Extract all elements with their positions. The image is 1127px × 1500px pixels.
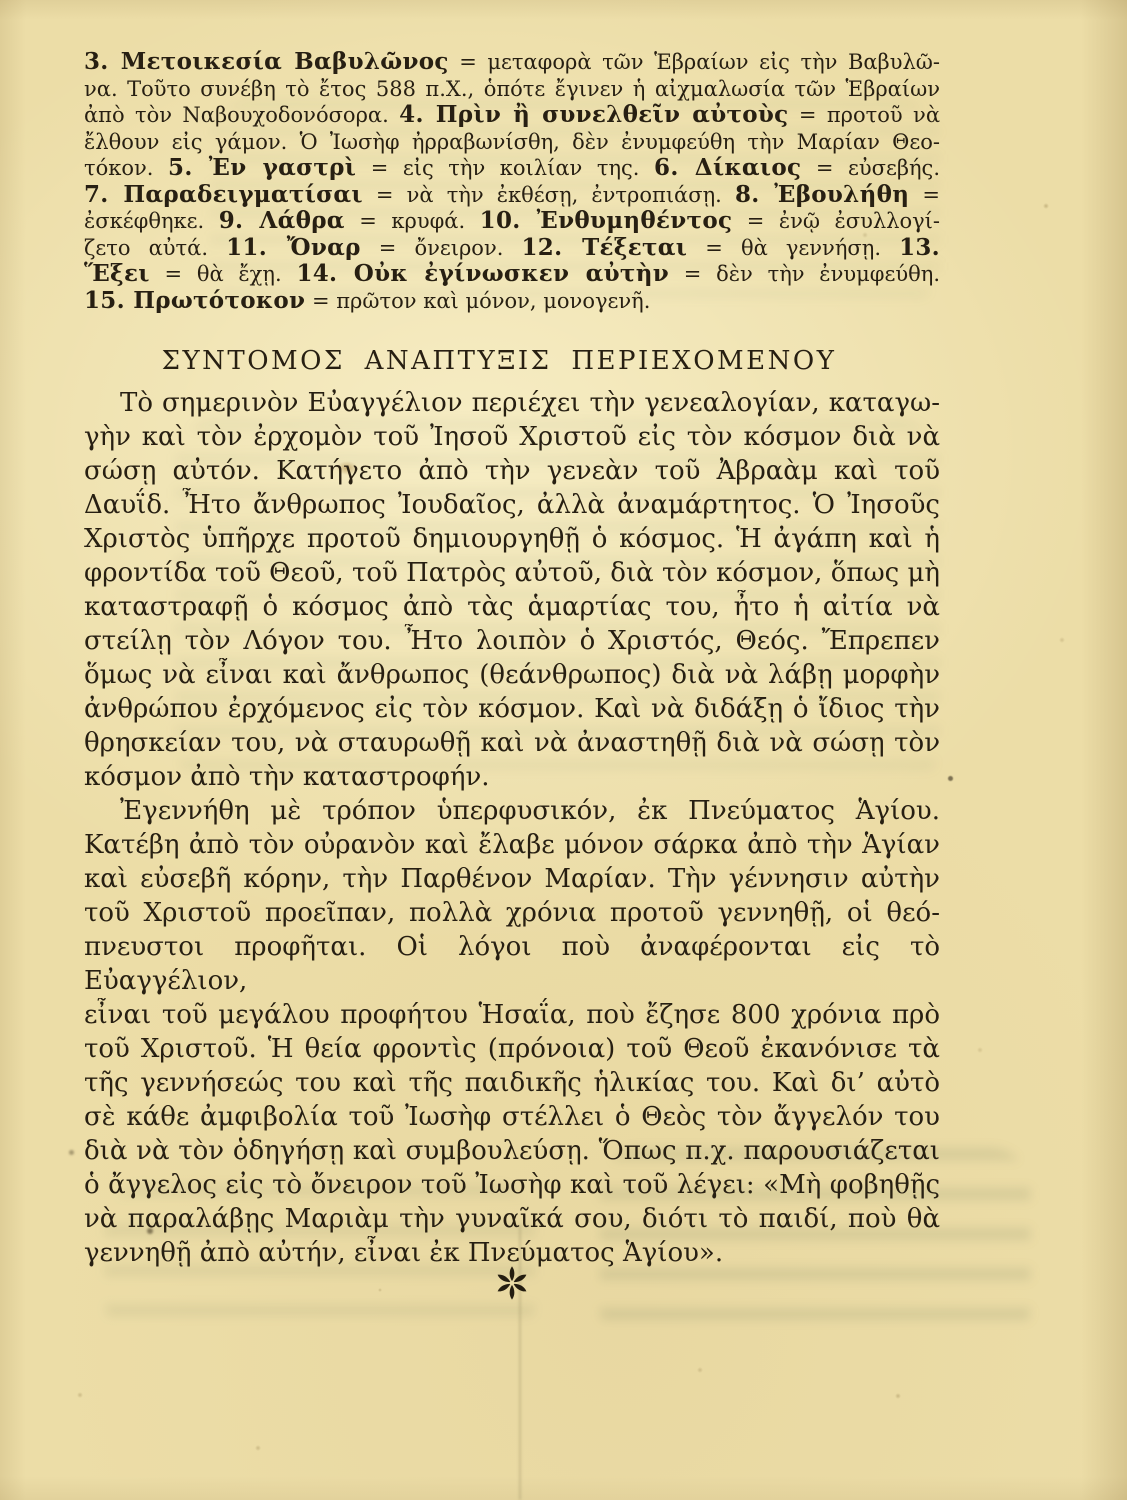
glossary-line: ἀπὸ τὸν Ναβουχοδονόσορα. 4. Πρὶν ἢ συνελ… — [84, 102, 940, 129]
glossary-definition: = νὰ τὴν ἐκθέσῃ, ἐντροπιάσῃ. — [363, 183, 735, 207]
text-line: γὴν καὶ τὸν ἐρχομὸν τοῦ Ἰησοῦ Χριστοῦ εἰ… — [84, 420, 940, 454]
glossary-definition: = πρῶτον καὶ μόνον, μονογενῆ. — [305, 289, 650, 313]
text-line: τοῦ Χριστοῦ. Ἡ θεία φροντὶς (πρόνοια) το… — [84, 1032, 940, 1066]
section-heading: ΣΥΝΤΟΜΟΣ ΑΝΑΠΤΥΞΙΣ ΠΕΡΙΕΧΟΜΕΝΟΥ — [71, 346, 927, 376]
glossary-definition: = ἐνῷ ἐσυλλογί- — [732, 209, 940, 233]
text-line: καταστραφῇ ὁ κόσμος ἀπὸ τὰς ἁμαρτίας του… — [84, 590, 940, 624]
text-line: κόσμον ἀπὸ τὴν καταστροφήν. — [84, 760, 940, 794]
text-line: σὲ κάθε ἀμφιβολία τοῦ Ἰωσὴφ στέλλει ὁ Θε… — [84, 1100, 940, 1134]
glossary-definition: = — [909, 183, 940, 207]
body-text: Τὸ σημερινὸν Εὐαγγέλιον περιέχει τὴν γεν… — [84, 386, 940, 1270]
text-line: εἶναι τοῦ μεγάλου προφήτου Ἡσαΐα, ποὺ ἔζ… — [84, 998, 940, 1032]
glossary-term: 14. Οὐκ ἐγίνωσκεν αὐτὴν — [296, 261, 669, 287]
glossary-line: τόκον. 5. Ἐν γαστρὶ = εἰς τὴν κοιλίαν τη… — [84, 155, 940, 182]
glossary-line: ζετο αὐτά. 11. Ὄναρ = ὄνειρον. 12. Τέξετ… — [84, 235, 940, 262]
paper-stain — [69, 1150, 74, 1155]
text-line: ἀνθρώπου ἐρχόμενος εἰς τὸν κόσμον. Καὶ ν… — [84, 692, 940, 726]
text-line: τοῦ Χριστοῦ προεῖπαν, πολλὰ χρόνια προτο… — [84, 896, 940, 930]
text-line: Χριστὸς ὑπῆρχε προτοῦ δημιουργηθῇ ὁ κόσμ… — [84, 522, 940, 556]
text-line: ὁ ἄγγελος εἰς τὸ ὄνειρον τοῦ Ἰωσὴφ καὶ τ… — [84, 1168, 940, 1202]
glossary-definition: = δὲν τὴν ἐνυμφεύθη. — [669, 262, 940, 286]
glossary-line: 3. Μετοικεσία Βαβυλῶνος = μεταφορὰ τῶν Ἑ… — [84, 49, 940, 76]
glossary-definition: ἔλθουν εἰς γάμον. Ὁ Ἰωσὴφ ἠρραβωνίσθη, δ… — [84, 130, 940, 154]
glossary-definition: = θὰ ἔχῃ. — [150, 262, 297, 286]
text-line: καὶ εὐσεβῆ κόρην, τὴν Παρθένον Μαρίαν. Τ… — [84, 862, 940, 896]
glossary-line: να. Τοῦτο συνέβη τὸ ἔτος 588 π.Χ., ὁπότε… — [84, 76, 940, 103]
paper-stain — [948, 776, 953, 781]
glossary-definition: ἐσκέφθηκε. — [84, 209, 219, 233]
glossary-line: ἔλθουν εἰς γάμον. Ὁ Ἰωσὴφ ἠρραβωνίσθη, δ… — [84, 129, 940, 156]
text-line: θρησκείαν του, νὰ σταυρωθῇ καὶ νὰ ἀναστη… — [84, 726, 940, 760]
glossary-notes: 3. Μετοικεσία Βαβυλῶνος = μεταφορὰ τῶν Ἑ… — [84, 49, 940, 314]
text-line: σώσῃ αὐτόν. Κατήγετο ἀπὸ τὴν γενεὰν τοῦ … — [84, 454, 940, 488]
glossary-term: Ἕξει — [84, 261, 150, 287]
glossary-term: 7. Παραδειγματίσαι — [84, 182, 363, 208]
glossary-definition: = θὰ γεννήσῃ. — [687, 236, 899, 260]
six-petal-asterisk-icon — [493, 1287, 531, 1306]
glossary-term: 10. Ἐνθυμηθέντος — [480, 208, 733, 234]
text-line: πνευστοι προφῆται. Οἱ λόγοι ποὺ ἀναφέρον… — [84, 930, 940, 998]
glossary-term: 6. Δίκαιος — [654, 155, 801, 181]
glossary-definition: να. Τοῦτο συνέβη τὸ ἔτος 588 π.Χ., ὁπότε… — [84, 77, 940, 101]
text-line: Δαυΐδ. Ἦτο ἄνθρωπος Ἰουδαῖος, ἀλλὰ ἀναμά… — [84, 488, 940, 522]
text-line: Κατέβη ἀπὸ τὸν οὐρανὸν καὶ ἔλαβε μόνον σ… — [84, 828, 940, 862]
glossary-definition: ζετο αὐτά. — [84, 236, 226, 260]
glossary-definition: = εἰς τὴν κοιλίαν της. — [356, 156, 654, 180]
text-line: Τὸ σημερινὸν Εὐαγγέλιον περιέχει τὴν γεν… — [84, 386, 940, 420]
glossary-term: 13. — [899, 235, 940, 261]
glossary-line: 15. Πρωτότοκον = πρῶτον καὶ μόνον, μονογ… — [84, 288, 940, 315]
text-line: τῆς γεννήσεώς του καὶ τῆς παιδικῆς ἡλικί… — [84, 1066, 940, 1100]
glossary-term: 11. Ὄναρ — [226, 235, 361, 261]
glossary-definition: τόκον. — [84, 156, 168, 180]
asterisk-divider — [84, 1264, 940, 1306]
text-line: ὅμως νὰ εἶναι καὶ ἄνθρωπος (θεάνθρωπος) … — [84, 658, 940, 692]
text-line: φροντίδα τοῦ Θεοῦ, τοῦ Πατρὸς αὐτοῦ, διὰ… — [84, 556, 940, 590]
glossary-definition: ἀπὸ τὸν Ναβουχοδονόσορα. — [84, 103, 399, 127]
glossary-term: 3. Μετοικεσία Βαβυλῶνος — [84, 49, 449, 75]
glossary-definition: = ὄνειρον. — [361, 236, 522, 260]
text-line: νὰ παραλάβῃς Μαριὰμ τὴν γυναῖκά σου, διό… — [84, 1202, 940, 1236]
glossary-term: 8. Ἐβουλήθη — [735, 182, 909, 208]
glossary-term: 12. Τέξεται — [521, 235, 687, 261]
glossary-term: 5. Ἐν γαστρὶ — [168, 155, 356, 181]
glossary-line: ἐσκέφθηκε. 9. Λάθρα = κρυφά. 10. Ἐνθυμηθ… — [84, 208, 940, 235]
book-page: 3. Μετοικεσία Βαβυλῶνος = μεταφορὰ τῶν Ἑ… — [0, 0, 1127, 1500]
glossary-line: 7. Παραδειγματίσαι = νὰ τὴν ἐκθέσῃ, ἐντρ… — [84, 182, 940, 209]
glossary-definition: = μεταφορὰ τῶν Ἑβραίων εἰς τὴν Βαβυλῶ- — [449, 50, 940, 74]
glossary-term: 4. Πρὶν ἢ συνελθεῖν αὐτοὺς — [399, 102, 788, 128]
glossary-definition: = προτοῦ νὰ — [789, 103, 941, 127]
text-line: στείλῃ τὸν Λόγον του. Ἦτο λοιπὸν ὁ Χριστ… — [84, 624, 940, 658]
glossary-term: 9. Λάθρα — [219, 208, 345, 234]
glossary-line: Ἕξει = θὰ ἔχῃ. 14. Οὐκ ἐγίνωσκεν αὐτὴν =… — [84, 261, 940, 288]
text-line: διὰ νὰ τὸν ὁδηγήσῃ καὶ συμβουλεύσῃ. Ὅπως… — [84, 1134, 940, 1168]
glossary-definition: = κρυφά. — [345, 209, 480, 233]
glossary-definition: = εὐσεβής. — [801, 156, 940, 180]
glossary-term: 15. Πρωτότοκον — [84, 288, 305, 314]
text-line: Ἐγεννήθη μὲ τρόπον ὑπερφυσικόν, ἐκ Πνεύμ… — [84, 794, 940, 828]
